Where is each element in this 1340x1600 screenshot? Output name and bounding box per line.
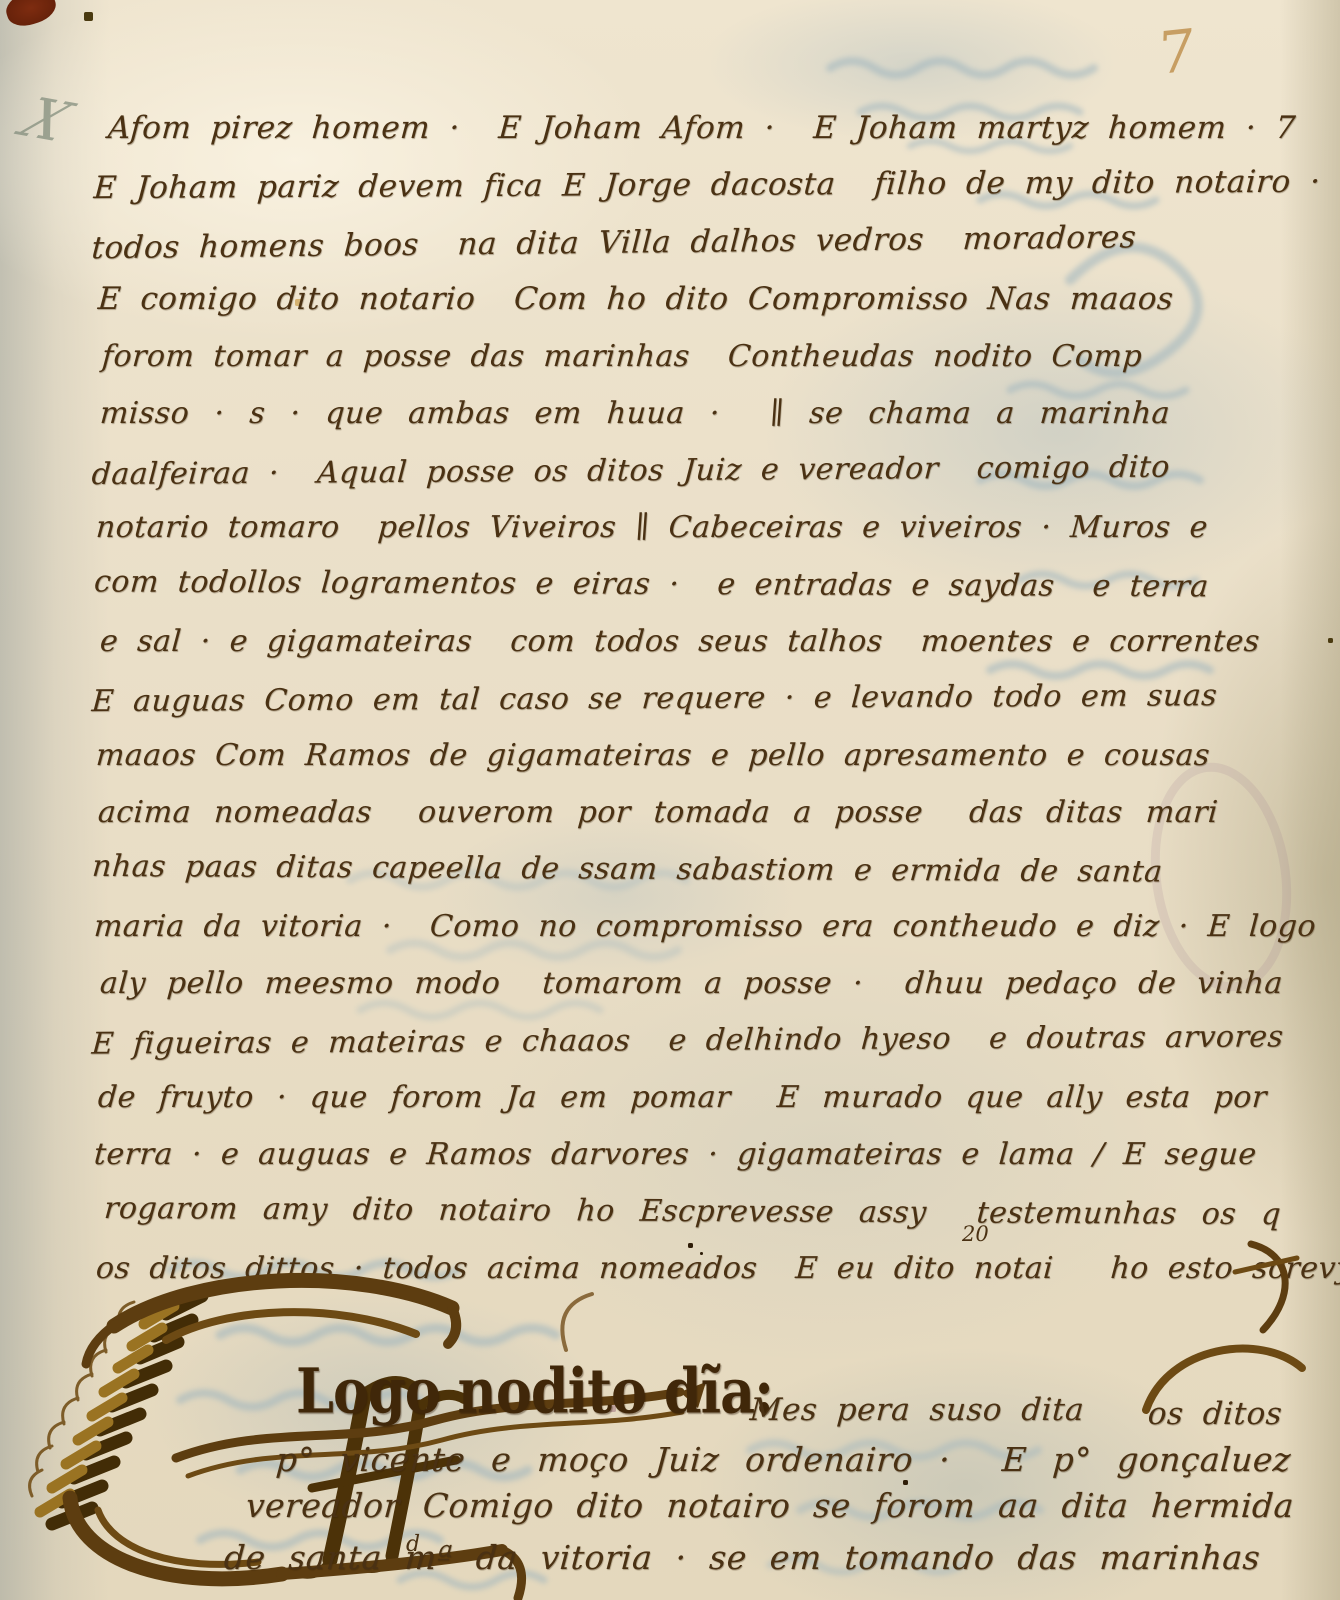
footer-line: de santa mª da vitoria · se em tomando d… [223, 1538, 1262, 1577]
text-line: de fruyto · que forom Ja em pomar E mura… [90, 1069, 1284, 1126]
section-heading: Logo nodito dĩa: [296, 1358, 773, 1426]
text-line: terra · e auguas e Ramos darvores · giga… [90, 1126, 1284, 1183]
heading-continuation: Mes pera suso dita [749, 1392, 1086, 1428]
text-line: maria da vitoria · Como no compromisso e… [90, 898, 1284, 955]
text-line: notario tomaro pellos Viveiros ∥ Cabecei… [90, 499, 1284, 556]
text-line: maaos Com Ramos de gigamateiras e pello … [90, 727, 1284, 784]
folio-number: 7 [1157, 16, 1196, 88]
text-line: Afom pirez homem · E Joham Afom · E Joha… [90, 100, 1284, 157]
text-line: nhas paas ditas capeella de ssam sabasti… [90, 838, 1284, 901]
text-line: daalfeiraa · Aqual posse os ditos Juiz e… [90, 438, 1284, 503]
manuscript-page: 7 X Afom pirez homem · E Joham Afom · E … [0, 0, 1340, 1600]
superscript-letter: d [406, 1532, 420, 1557]
text-line: E auguas Como em tal caso se requere · e… [90, 667, 1284, 730]
text-line: E comigo dito notario Com ho dito Compro… [90, 271, 1284, 328]
margin-cross-mark: X [10, 87, 81, 154]
heading-continuation-2: os ditos [1147, 1396, 1284, 1432]
text-line: com todollos logramentos e eiras · e ent… [90, 553, 1284, 615]
footer-line: p° vicente e moço Juiz ordenairo · E p° … [275, 1440, 1293, 1479]
corner-stain [2, 0, 59, 31]
text-line: forom tomar a posse das marinhas Contheu… [90, 328, 1284, 385]
text-line: E figueiras e mateiras e chaaos e delhin… [90, 1008, 1284, 1072]
text-line: misso · s · que ambas em huua · ∥ se cha… [90, 385, 1284, 442]
text-line: E Joham pariz devem fica E Jorge dacosta… [90, 154, 1284, 217]
footer-line: vereador Comigo dito notairo se forom aa… [245, 1486, 1296, 1525]
text-line: acima nomeadas ouverom por tomada a poss… [90, 784, 1284, 841]
text-line: aly pello meesmo modo tomarom a posse · … [90, 955, 1284, 1012]
ink-specks [0, 0, 1, 1]
superscript-number: 20 [962, 1222, 989, 1246]
heading-curl-flourish-icon [540, 1284, 610, 1359]
text-line: rogarom amy dito notairo ho Escprevesse … [90, 1180, 1284, 1243]
text-line: todos homens boos na dita Villa dalhos v… [90, 208, 1284, 277]
text-line: e sal · e gigamateiras com todos seus ta… [90, 613, 1284, 670]
paragraph-end-flourish-icon [1225, 1236, 1320, 1341]
main-text-block: Afom pirez homem · E Joham Afom · E Joha… [92, 100, 1282, 1297]
